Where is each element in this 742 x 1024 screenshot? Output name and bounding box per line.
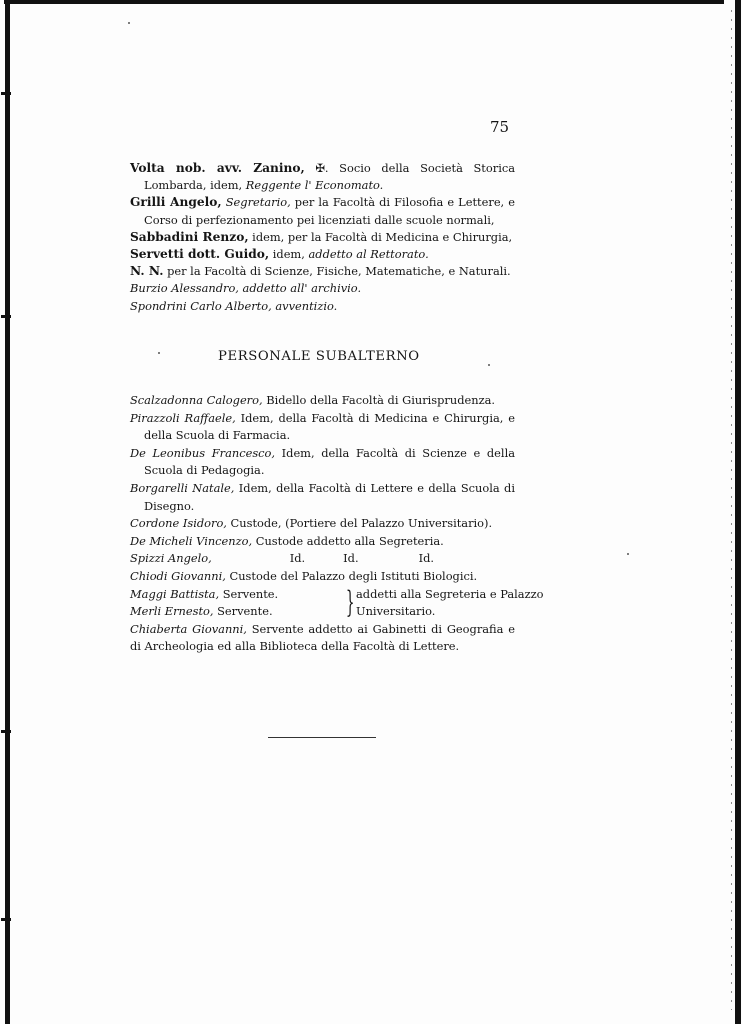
- bracketed-names: Maggi Battista, Servente. Merli Ernesto,…: [130, 586, 342, 621]
- staff-name: Scalzadonna Calogero,: [130, 393, 263, 407]
- entry-text: Custode addetto alla Segreteria.: [252, 534, 444, 548]
- bracketed-shared-text: addetti alla Segreteria e Palazzo Univer…: [356, 586, 543, 621]
- bracketed-entry-group: Maggi Battista, Servente. Merli Ernesto,…: [130, 586, 515, 621]
- staff-name: Chiaberta Giovanni,: [130, 622, 247, 636]
- id-ditto: Id.: [343, 551, 358, 565]
- scan-border-notch: [1, 92, 11, 95]
- list-item: Burzio Alessandro, addetto all' archivio…: [130, 280, 515, 297]
- scan-speck: [158, 352, 160, 354]
- entry-role: Segretario,: [222, 195, 291, 209]
- staff-name: Volta nob. avv. Zanino,: [130, 161, 305, 175]
- list-item: N. N. per la Facoltà di Scienze, Fisiche…: [130, 263, 515, 280]
- scan-speck: [627, 553, 629, 555]
- scan-border-top: [4, 0, 724, 4]
- curly-brace-icon: }: [346, 586, 352, 620]
- staff-name: Borgarelli Natale,: [130, 481, 234, 495]
- list-item: Spondrini Carlo Alberto, avventizio.: [130, 298, 515, 315]
- scan-border-notch: [1, 315, 11, 318]
- staff-name: Spizzi Angelo,: [130, 551, 212, 565]
- entry-text: Servente.: [219, 587, 278, 601]
- list-item: Maggi Battista, Servente.: [130, 586, 342, 604]
- staff-name: De Micheli Vincenzo,: [130, 534, 252, 548]
- entry-role: addetto al Rettorato.: [308, 247, 428, 261]
- id-ditto: Id.: [290, 551, 305, 565]
- list-item: Cordone Isidoro, Custode, (Portiere del …: [130, 515, 515, 533]
- staff-name: Pirazzoli Raffaele,: [130, 411, 236, 425]
- list-item: Servetti dott. Guido, idem, addetto al R…: [130, 246, 515, 263]
- entry-text: per la Facoltà di Scienze, Fisiche, Mate…: [163, 264, 510, 278]
- entry-text: Spondrini Carlo Alberto, avventizio.: [130, 299, 337, 313]
- list-item: Scalzadonna Calogero, Bidello della Faco…: [130, 392, 515, 410]
- closing-rule-divider: [268, 737, 376, 738]
- subaltern-staff-list: Scalzadonna Calogero, Bidello della Faco…: [130, 392, 515, 656]
- staff-name: Grilli Angelo,: [130, 195, 222, 209]
- scan-border-notch: [1, 730, 11, 733]
- id-ditto: Id.: [419, 551, 434, 565]
- list-item: Volta nob. avv. Zanino, ✠. Socio della S…: [130, 160, 515, 194]
- entry-text: Custode, (Portiere del Palazzo Universit…: [227, 516, 492, 530]
- entry-text: Custode del Palazzo degli Istituti Biolo…: [226, 569, 477, 583]
- list-item: Chiaberta Giovanni, Servente addetto ai …: [130, 621, 515, 656]
- list-item: De Micheli Vincenzo, Custode addetto all…: [130, 533, 515, 551]
- list-item: Pirazzoli Raffaele, Idem, della Facoltà …: [130, 410, 515, 445]
- decoration-symbol-icon: ✠.: [315, 161, 328, 175]
- scan-border-notch: [1, 918, 11, 921]
- page-number: 75: [490, 118, 509, 136]
- list-item: Borgarelli Natale, Idem, della Facoltà d…: [130, 480, 515, 515]
- list-item: Merli Ernesto, Servente.: [130, 603, 342, 621]
- entry-text: Servente.: [214, 604, 273, 618]
- staff-name: Merli Ernesto,: [130, 604, 214, 618]
- staff-name: Chiodi Giovanni,: [130, 569, 226, 583]
- list-item: De Leonibus Francesco, Idem, della Facol…: [130, 445, 515, 480]
- scanned-page: 75 Volta nob. avv. Zanino, ✠. Socio dell…: [0, 0, 742, 1024]
- staff-name: Servetti dott. Guido,: [130, 247, 269, 261]
- entry-text: Bidello della Facoltà di Giurisprudenza.: [263, 393, 495, 407]
- entry-role: Reggente l' Economato.: [246, 178, 384, 192]
- staff-name: Sabbadini Renzo,: [130, 230, 249, 244]
- entry-text: addetti alla Segreteria e Palazzo: [356, 586, 543, 604]
- section-heading: PERSONALE SUBALTERNO: [218, 349, 420, 364]
- list-item: Chiodi Giovanni, Custode del Palazzo deg…: [130, 568, 515, 586]
- entry-text: idem, per la Facoltà di Medicina e Chiru…: [249, 230, 513, 244]
- scan-speck: [488, 364, 490, 366]
- list-item: Spizzi Angelo,Id.Id.Id.: [130, 550, 515, 568]
- entry-text: Burzio Alessandro, addetto all' archivio…: [130, 281, 361, 295]
- scan-speck: [128, 22, 130, 24]
- list-item: Grilli Angelo, Segretario, per la Facolt…: [130, 194, 515, 228]
- staff-name: Maggi Battista,: [130, 587, 219, 601]
- staff-name: Cordone Isidoro,: [130, 516, 227, 530]
- staff-name: N. N.: [130, 264, 163, 278]
- staff-name: De Leonibus Francesco,: [130, 446, 275, 460]
- entry-text: Universitario.: [356, 603, 543, 621]
- entry-text: idem,: [269, 247, 308, 261]
- list-item: Sabbadini Renzo, idem, per la Facoltà di…: [130, 229, 515, 246]
- scan-border-right: [735, 0, 741, 1024]
- scan-border-right-dots: [731, 10, 732, 1010]
- scan-border-left: [5, 0, 10, 1024]
- staff-list: Volta nob. avv. Zanino, ✠. Socio della S…: [130, 160, 515, 315]
